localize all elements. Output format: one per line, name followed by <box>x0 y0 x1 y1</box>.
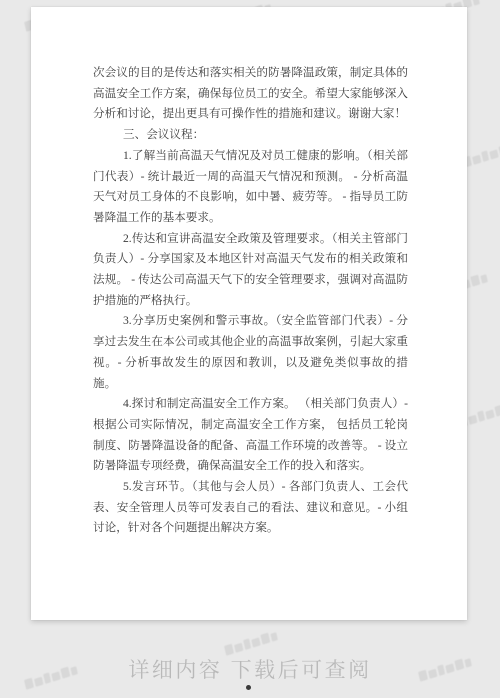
preview-footer: 详细内容 下载后可查阅 <box>0 620 500 698</box>
download-hint-text: 详细内容 下载后可查阅 <box>0 654 500 684</box>
doc-paragraph-item-5: 5.发言环节。（其他与会人员）- 各部门负责人、工会代表、安全管理人员等可发表自… <box>93 477 408 539</box>
watermark-stamp <box>462 142 500 168</box>
doc-paragraph-item-3: 3.分享历史案例和警示事故。（安全监管部门代表）- 分享过去发生在本公司或其他企… <box>93 311 408 394</box>
carousel-dot[interactable] <box>246 685 251 690</box>
document-page: 次会议的目的是传达和落实相关的防暑降温政策，制定具体的高温安全工作方案，确保每位… <box>31 7 467 620</box>
doc-paragraph-item-2: 2.传达和宣讲高温安全政策及管理要求。（相关主管部门负责人）- 分享国家及本地区… <box>93 229 408 312</box>
doc-paragraph: 次会议的目的是传达和落实相关的防暑降温政策，制定具体的高温安全工作方案，确保每位… <box>93 63 408 125</box>
doc-paragraph-item-1: 1.了解当前高温天气情况及对员工健康的影响。（相关部门代表）- 统计最近一周的高… <box>93 146 408 229</box>
doc-heading-agenda: 三、会议议程： <box>93 125 408 146</box>
doc-paragraph-item-4: 4.探讨和制定高温安全工作方案。 （相关部门负责人）- 根据公司实际情况，制定高… <box>93 394 408 477</box>
